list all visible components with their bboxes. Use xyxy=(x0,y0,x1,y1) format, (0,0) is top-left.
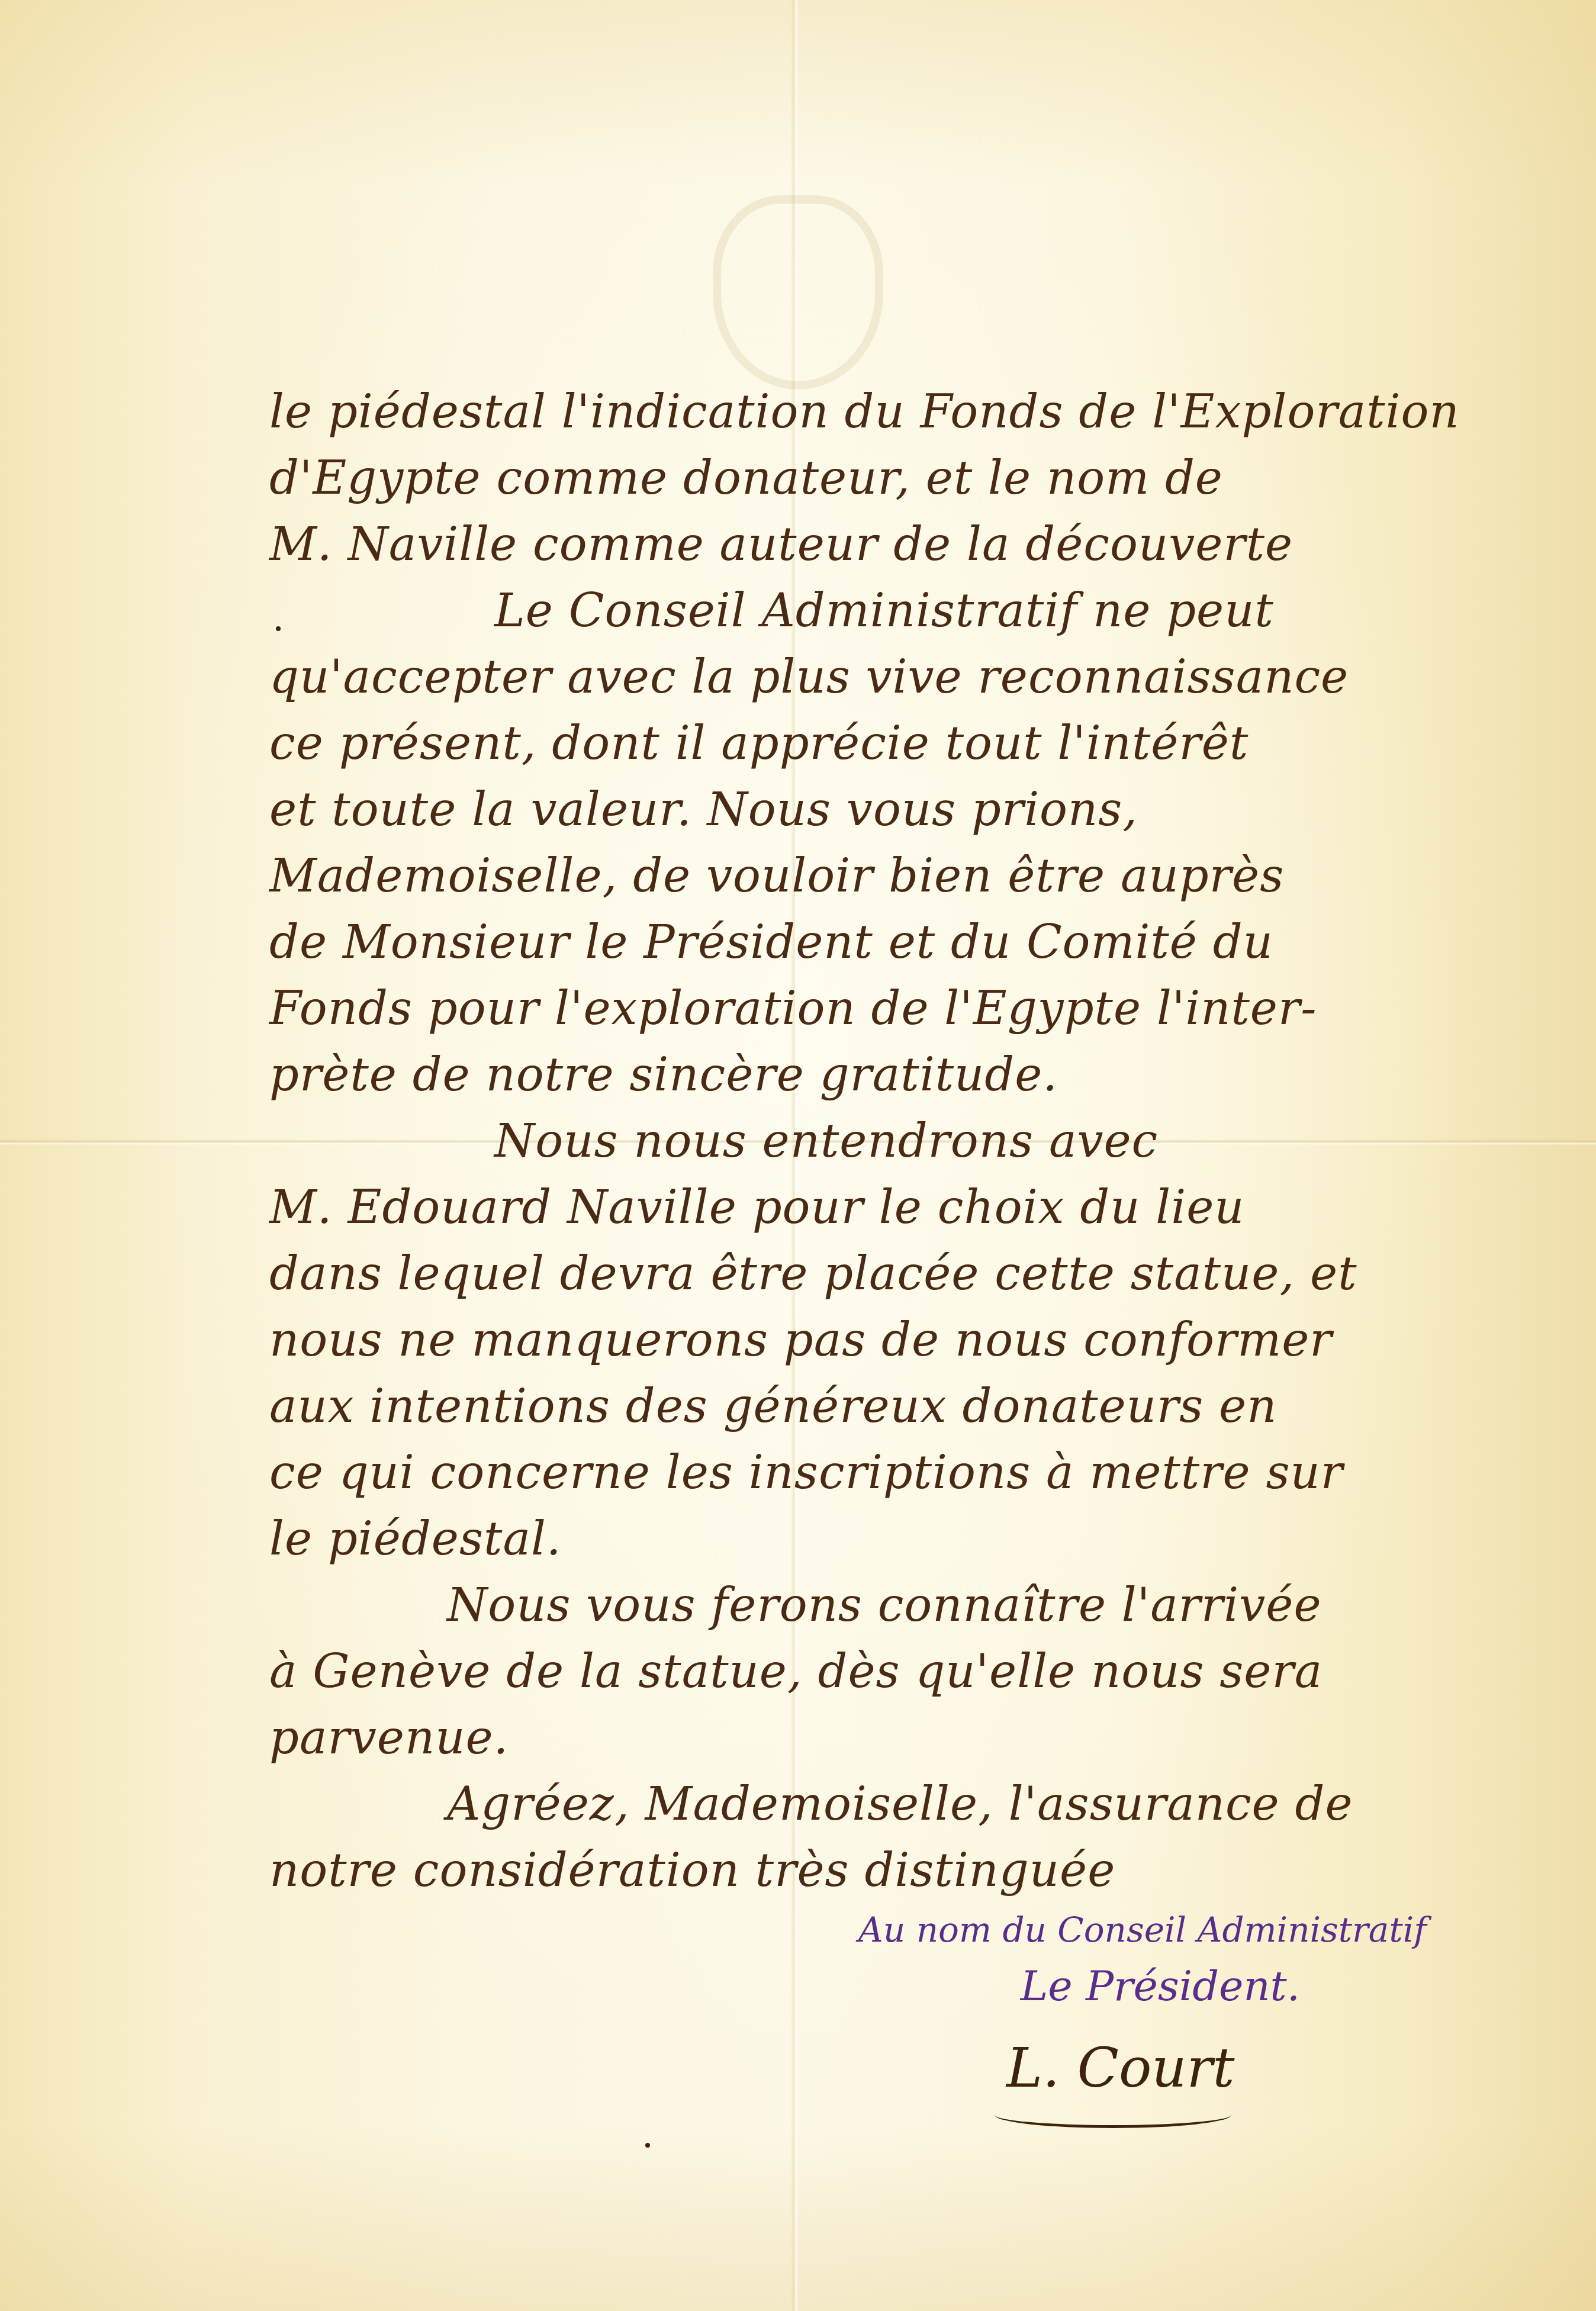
letter-line: parvenue. xyxy=(269,1705,1542,1771)
letter-line: Agréez, Mademoiselle, l'assurance de xyxy=(269,1771,1542,1837)
letter-line: ce présent, dont il apprécie tout l'inté… xyxy=(269,710,1542,777)
letter-line: le piédestal. xyxy=(269,1506,1542,1572)
letter-line: Nous nous entendrons avec xyxy=(269,1108,1542,1174)
letter-line: notre considération très distinguée xyxy=(269,1837,1542,1904)
letter-line: Nous vous ferons connaître l'arrivée xyxy=(269,1572,1542,1639)
letter-line: Le Conseil Administratif ne peut xyxy=(269,578,1542,644)
council-stamp: Au nom du Conseil Administratif Le Prési… xyxy=(858,1906,1427,2019)
letter-line: qu'accepter avec la plus vive reconnaiss… xyxy=(269,644,1542,710)
letter-line: M. Edouard Naville pour le choix du lieu xyxy=(269,1174,1542,1241)
signature: L. Court xyxy=(1006,2036,1235,2100)
signature-flourish-icon xyxy=(995,2101,1231,2128)
letter-line: M. Naville comme auteur de la découverte xyxy=(269,511,1542,578)
letter-line: Fonds pour l'exploration de l'Egypte l'i… xyxy=(269,976,1542,1042)
letter-line: et toute la valeur. Nous vous prions, xyxy=(269,777,1542,843)
stamp-title-text: Le Président. xyxy=(858,1953,1427,2019)
letter-line: prète de notre sincère gratitude. xyxy=(269,1042,1542,1108)
letterhead-bleed-through xyxy=(0,195,1596,390)
signature-text: L. Court xyxy=(1006,2036,1235,2100)
letter-line: le piédestal l'indication du Fonds de l'… xyxy=(269,379,1542,445)
letter-line: d'Egypte comme donateur, et le nom de xyxy=(269,445,1542,511)
letter-line: aux intentions des généreux donateurs en xyxy=(269,1373,1542,1440)
letter-line: nous ne manquerons pas de nous conformer xyxy=(269,1307,1542,1373)
stamp-council-text: Au nom du Conseil Administratif xyxy=(858,1906,1427,1953)
letterhead-crest-icon xyxy=(713,195,883,390)
ink-dot xyxy=(645,2143,650,2148)
letter-line: Mademoiselle, de vouloir bien être auprè… xyxy=(269,843,1542,909)
letter-line: à Genève de la statue, dès qu'elle nous … xyxy=(269,1639,1542,1705)
letter-body: le piédestal l'indication du Fonds de l'… xyxy=(269,379,1542,1904)
letter-line: de Monsieur le Président et du Comité du xyxy=(269,909,1542,976)
letter-line: ce qui concerne les inscriptions à mettr… xyxy=(269,1440,1542,1506)
letter-line: dans lequel devra être placée cette stat… xyxy=(269,1241,1542,1307)
